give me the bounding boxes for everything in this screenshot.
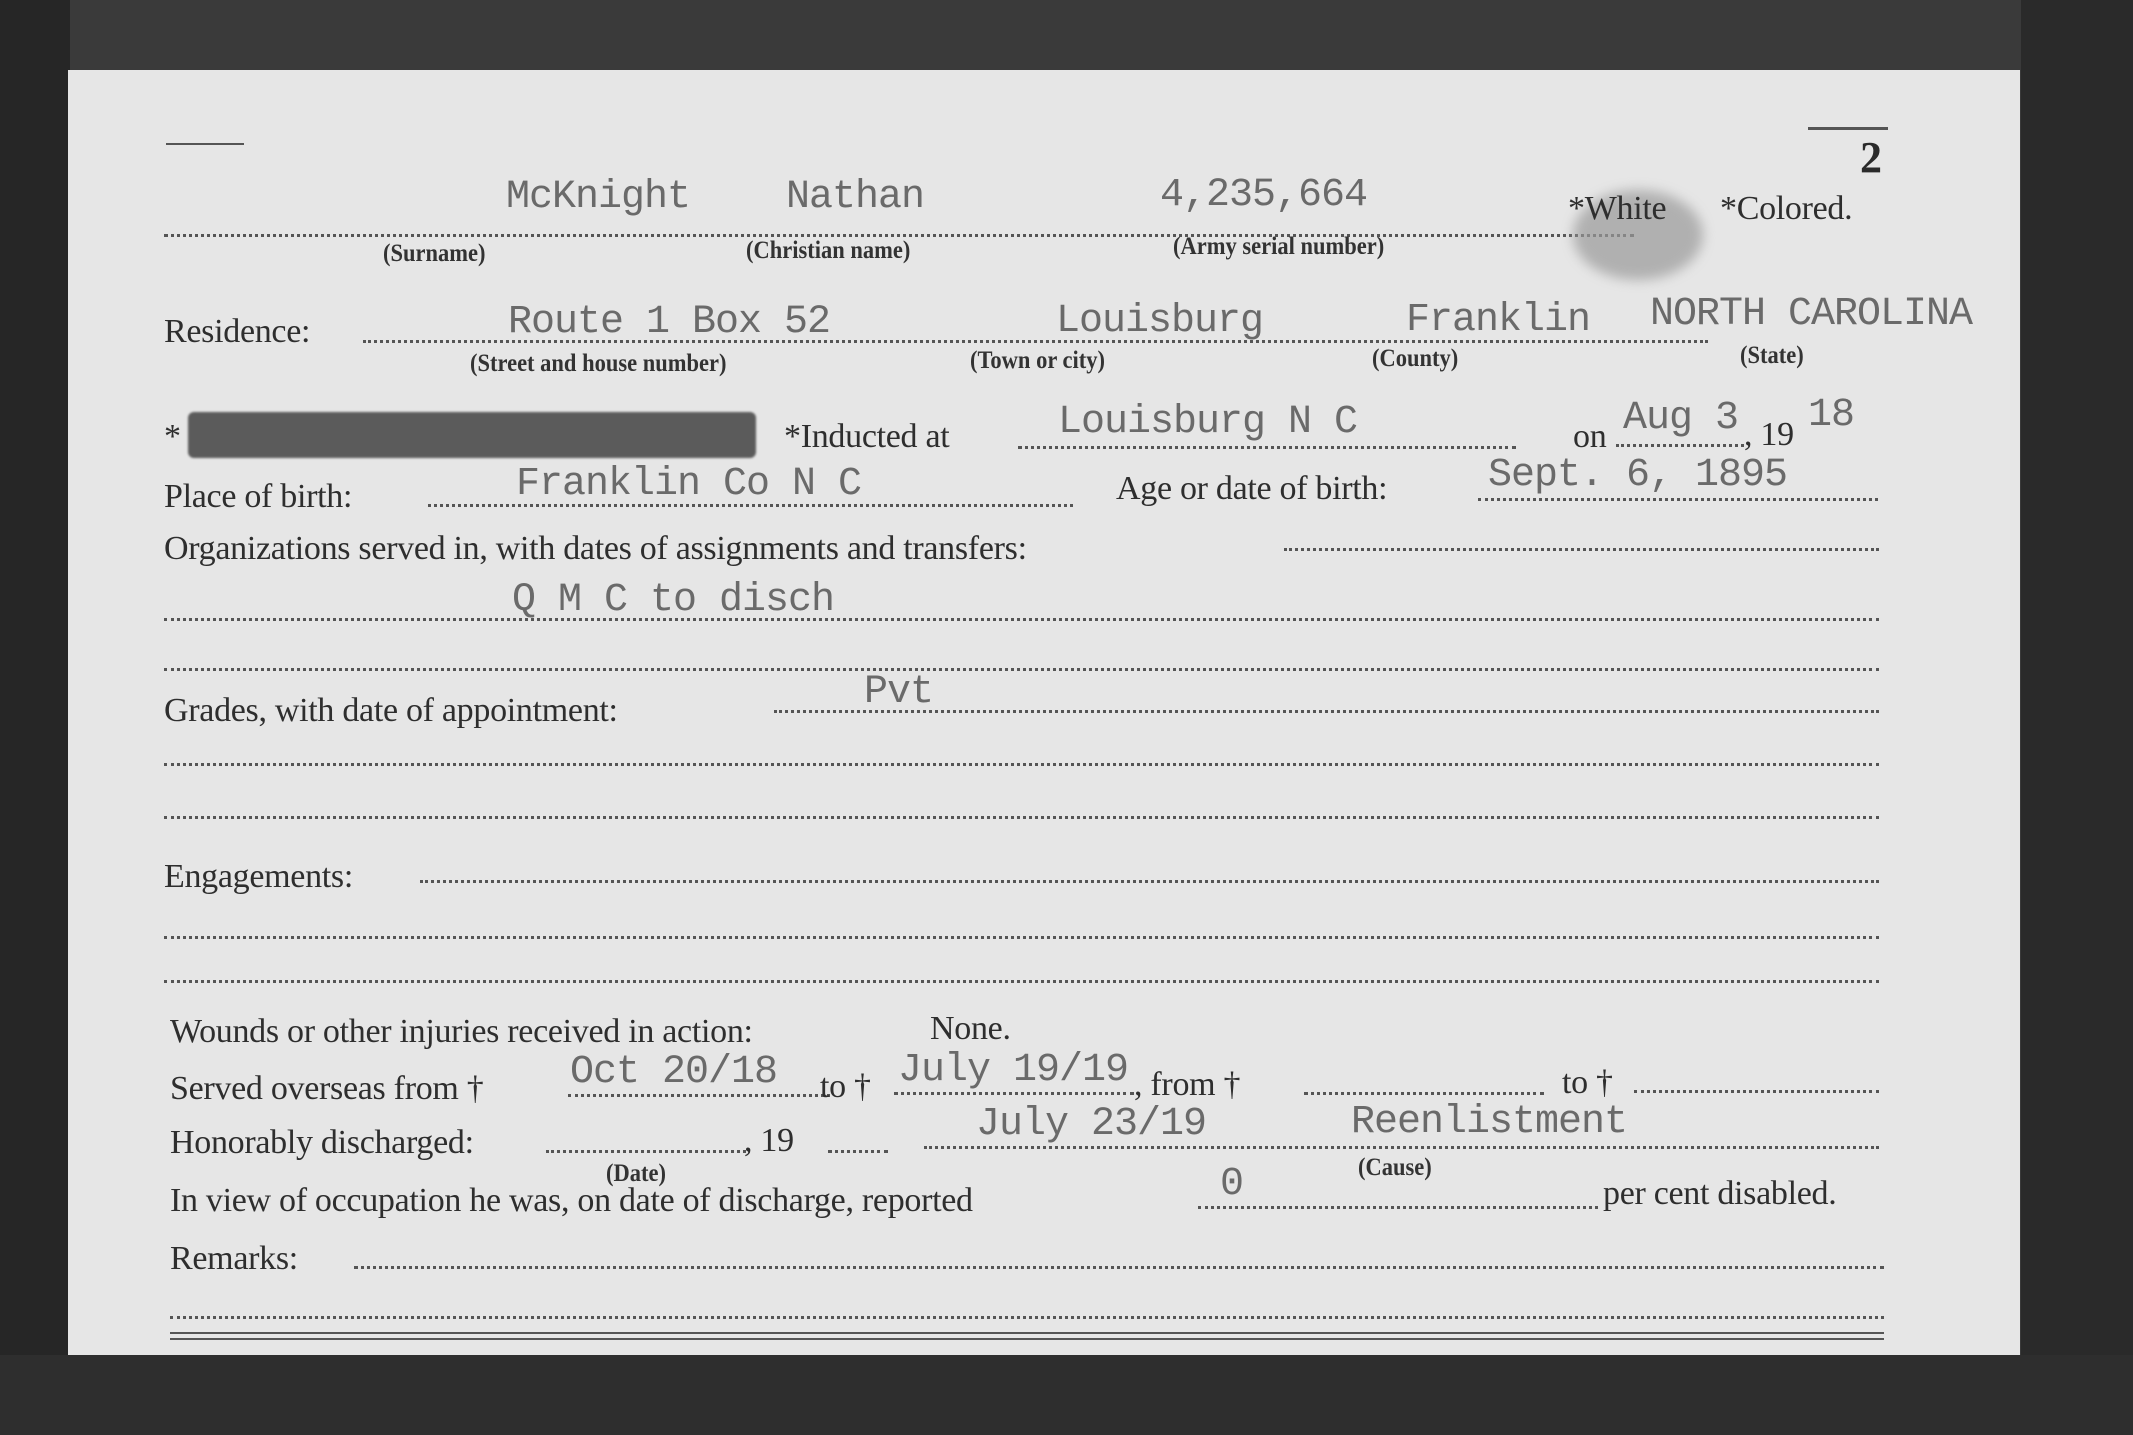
top-left-rule <box>166 143 244 145</box>
engagements-line-3 <box>164 980 1879 983</box>
scan-background-right <box>2021 0 2133 1435</box>
residence-town-value: Louisburg <box>1056 299 1263 344</box>
date-of-birth-value: Sept. 6, 1895 <box>1488 453 1787 498</box>
place-of-birth-label: Place of birth: <box>164 478 352 516</box>
place-of-birth-value: Franklin Co N C <box>516 462 861 507</box>
residence-line <box>363 340 1708 343</box>
wounds-label: Wounds or other injuries received in act… <box>170 1013 753 1051</box>
grade-entry: Pvt <box>864 670 933 715</box>
wounds-value: None. <box>930 1010 1011 1048</box>
discharge-cause-sublabel: (Cause) <box>1358 1154 1432 1182</box>
inducted-at-label: *Inducted at <box>784 418 949 456</box>
discharge-year-prefix: , 19 <box>744 1122 794 1160</box>
overseas-from-line <box>568 1094 830 1097</box>
engagements-line-2 <box>164 936 1879 939</box>
organization-entry: Q M C to disch <box>512 578 834 623</box>
page-number: 2 <box>1860 132 1882 183</box>
residence-label: Residence: <box>164 313 310 351</box>
county-sublabel: (County) <box>1372 345 1458 373</box>
place-of-birth-line <box>428 504 1073 507</box>
race-option-white: *White <box>1568 190 1666 228</box>
serial-number-value: 4,235,664 <box>1160 173 1367 218</box>
grades-line-2 <box>164 763 1879 766</box>
overseas-to-value: July 19/19 <box>898 1048 1128 1093</box>
date-of-birth-label: Age or date of birth: <box>1116 470 1387 508</box>
scan-background-bottom <box>0 1355 2133 1435</box>
discharge-cause-line <box>924 1146 1879 1149</box>
residence-street-value: Route 1 Box 52 <box>508 300 830 345</box>
inducted-place-line <box>1018 446 1516 449</box>
overseas-from-label-2: , from † <box>1134 1066 1240 1104</box>
induction-year-value: 18 <box>1808 393 1854 438</box>
on-label: on <box>1573 418 1606 456</box>
grades-line-3 <box>164 816 1879 819</box>
state-sublabel: (State) <box>1740 342 1804 370</box>
induction-prefix: * <box>164 418 181 456</box>
disability-value: 0 <box>1220 1162 1243 1207</box>
overseas-from-line-2 <box>1304 1092 1544 1095</box>
surname-label: (Surname) <box>383 240 486 268</box>
discharge-date-line <box>546 1150 746 1153</box>
discharge-year-line <box>828 1150 888 1153</box>
race-option-colored: *Colored. <box>1720 190 1852 228</box>
christian-name-value: Nathan <box>786 175 924 220</box>
induction-date-line <box>1616 444 1744 447</box>
induction-year-prefix: , 19 <box>1744 416 1794 454</box>
grades-line-1 <box>774 710 1879 713</box>
residence-state-value: NORTH CAROLINA <box>1650 292 1972 337</box>
organizations-line-2 <box>164 618 1879 621</box>
remarks-label: Remarks: <box>170 1240 298 1278</box>
residence-county-value: Franklin <box>1406 298 1590 343</box>
redacted-enlistment-options <box>188 412 756 458</box>
top-right-rule <box>1808 127 1888 130</box>
organizations-line-3 <box>164 668 1879 671</box>
street-sublabel: (Street and house number) <box>470 350 726 378</box>
bottom-rule-1 <box>170 1332 1884 1334</box>
serial-number-label: (Army serial number) <box>1173 233 1384 261</box>
disability-line <box>1198 1206 1598 1209</box>
organizations-label: Organizations served in, with dates of a… <box>164 530 1027 568</box>
surname-value: McKnight <box>506 175 690 220</box>
overseas-to-line <box>894 1092 1134 1095</box>
scan-background-left <box>0 0 70 1435</box>
overseas-to-label: to † <box>820 1068 871 1106</box>
engagements-label: Engagements: <box>164 858 353 896</box>
service-record-card: 2 McKnight Nathan 4,235,664 *White *Colo… <box>68 70 2020 1355</box>
induction-date-value: Aug 3 <box>1623 396 1738 441</box>
remarks-line-1 <box>354 1266 1884 1269</box>
discharge-cause-value: Reenlistment <box>1351 1100 1627 1145</box>
engagements-line-1 <box>420 880 1879 883</box>
inducted-place-value: Louisburg N C <box>1058 400 1357 445</box>
served-overseas-label: Served overseas from † <box>170 1070 483 1108</box>
disability-suffix: per cent disabled. <box>1603 1175 1836 1213</box>
town-sublabel: (Town or city) <box>970 347 1105 375</box>
discharge-date-value: July 23/19 <box>976 1102 1206 1147</box>
bottom-rule-2 <box>170 1338 1884 1340</box>
date-of-birth-line <box>1478 498 1878 501</box>
honorably-discharged-label: Honorably discharged: <box>170 1124 474 1162</box>
overseas-to-line-2 <box>1634 1090 1879 1093</box>
remarks-line-2 <box>170 1316 1884 1319</box>
grades-label: Grades, with date of appointment: <box>164 692 618 730</box>
organizations-line-1 <box>1284 548 1879 551</box>
overseas-to-label-2: to † <box>1562 1064 1613 1102</box>
overseas-from-value: Oct 20/18 <box>570 1050 777 1095</box>
christian-name-label: (Christian name) <box>746 237 910 265</box>
disability-label: In view of occupation he was, on date of… <box>170 1182 973 1220</box>
